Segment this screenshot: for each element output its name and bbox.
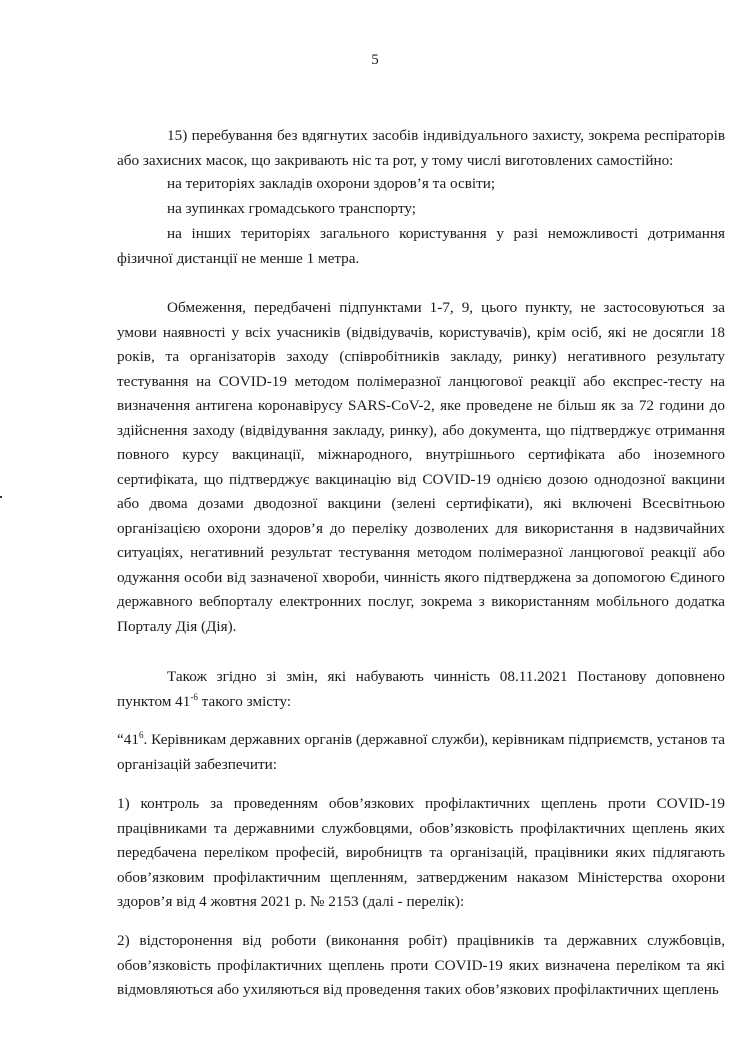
item-15-paragraph: 15) перебування без вдягнутих засобів ін… <box>117 124 725 173</box>
sub-item-transport-stops: на зупинках громадського транспорту; <box>167 197 416 222</box>
point-41-open: “41 <box>117 731 139 748</box>
sub-item-public-areas: на інших територіях загального користува… <box>117 222 725 271</box>
point-41-6-paragraph: “416. Керівникам державних органів (держ… <box>117 728 725 777</box>
item-2-paragraph: 2) відсторонення від роботи (виконання р… <box>117 929 725 1003</box>
amendment-intro-tail: такого змісту: <box>198 693 291 710</box>
point-41-text: . Керівникам державних органів (державно… <box>117 731 725 773</box>
restrictions-paragraph: Обмеження, передбачені підпунктами 1-7, … <box>117 296 725 639</box>
scan-artifact-dot <box>0 496 2 498</box>
amendment-superscript: -6 <box>190 691 198 701</box>
amendment-intro-paragraph: Також згідно зі змін, які набувають чинн… <box>117 665 725 714</box>
sub-item-health-education: на територіях закладів охорони здоров’я … <box>167 172 495 197</box>
item-1-paragraph: 1) контроль за проведенням обов’язкових … <box>117 792 725 915</box>
page-number: 5 <box>0 52 750 69</box>
